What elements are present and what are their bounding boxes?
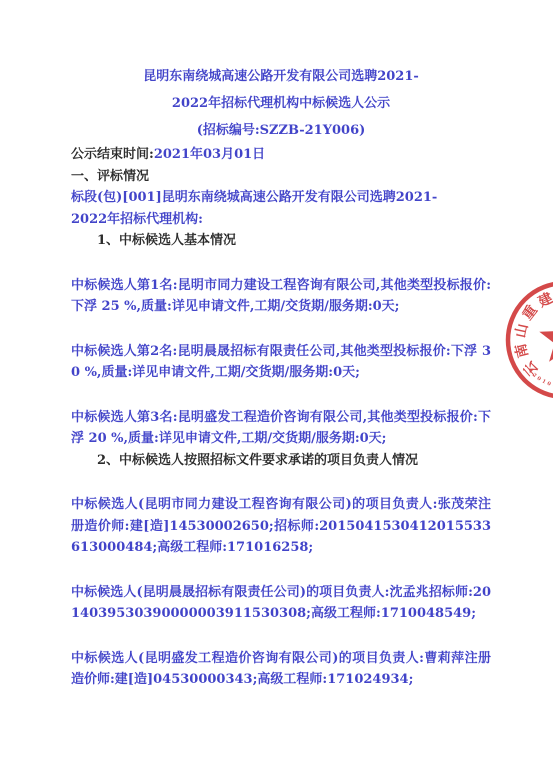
section1-heading: 一、评标情况 — [71, 166, 491, 188]
seal-number-digit: 2 — [531, 372, 538, 379]
project-manager-3-paragraph: 中标候选人(昆明盛发工程造价咨询有限公司)的项目负责人:曹莉萍注册造价师:建[造… — [71, 648, 491, 691]
seal-arc-char: 山 — [513, 322, 532, 339]
bid-section-line1: 标段(包)[001]昆明东南绕城高速公路开发有限公司选聘2021- — [71, 187, 491, 209]
candidate-1-paragraph: 中标候选人第1名:昆明市同力建设工程咨询有限公司,其他类型投标报价:下浮 25 … — [71, 275, 491, 318]
seal-number-digit: 1 — [541, 378, 547, 385]
document-body: 昆明东南绕城高速公路开发有限公司选聘2021- 2022年招标代理机构中标候选人… — [71, 63, 491, 691]
seal-arc-char: 重 — [519, 302, 541, 323]
candidate-2-paragraph: 中标候选人第2名:昆明晨晟招标有限责任公司,其他类型投标报价:下浮 30 %,质… — [71, 341, 491, 384]
seal-number-digit: 0 — [546, 381, 552, 388]
seal-star-icon — [539, 313, 553, 362]
publicity-end-time-value: 2021年03月01日 — [154, 147, 265, 162]
seal-number-digit: 0 — [536, 376, 543, 383]
document-title-line2: 2022年招标代理机构中标候选人公示 — [71, 90, 491, 117]
company-seal-stamp: 云 南 山 重 建 设 工 程 4 2 0 1 0 8 6 — [497, 272, 553, 412]
seal-arc-char: 南 — [512, 342, 532, 360]
project-manager-2-paragraph: 中标候选人(昆明晨晟招标有限责任公司)的项目负责人:沈孟兆招标师:2014039… — [71, 582, 491, 625]
seal-arc-char: 云 — [521, 358, 542, 379]
seal-number-digit: 4 — [527, 368, 534, 375]
announcement-page: 昆明东南绕城高速公路开发有限公司选聘2021- 2022年招标代理机构中标候选人… — [0, 0, 553, 782]
publicity-end-time-label: 公示结束时间: — [71, 147, 154, 162]
publicity-end-time: 公示结束时间:2021年03月01日 — [71, 144, 491, 166]
seal-arc-char: 建 — [535, 289, 553, 310]
candidate-3-paragraph: 中标候选人第3名:昆明盛发工程造价咨询有限公司,其他类型投标报价:下浮 20 %… — [71, 407, 491, 450]
tender-number: (招标编号:SZZB-21Y006) — [71, 117, 491, 144]
bid-section-line2: 2022年招标代理机构: — [71, 209, 491, 231]
subsection2-heading: 2、中标候选人按照招标文件要求承诺的项目负责人情况 — [71, 450, 491, 472]
project-manager-1-paragraph: 中标候选人(昆明市同力建设工程咨询有限公司)的项目负责人:张茂荣注册造价师:建[… — [71, 494, 491, 559]
seal-ring — [508, 283, 553, 397]
subsection1-heading: 1、中标候选人基本情况 — [71, 230, 491, 252]
document-title-line1: 昆明东南绕城高速公路开发有限公司选聘2021- — [71, 63, 491, 90]
